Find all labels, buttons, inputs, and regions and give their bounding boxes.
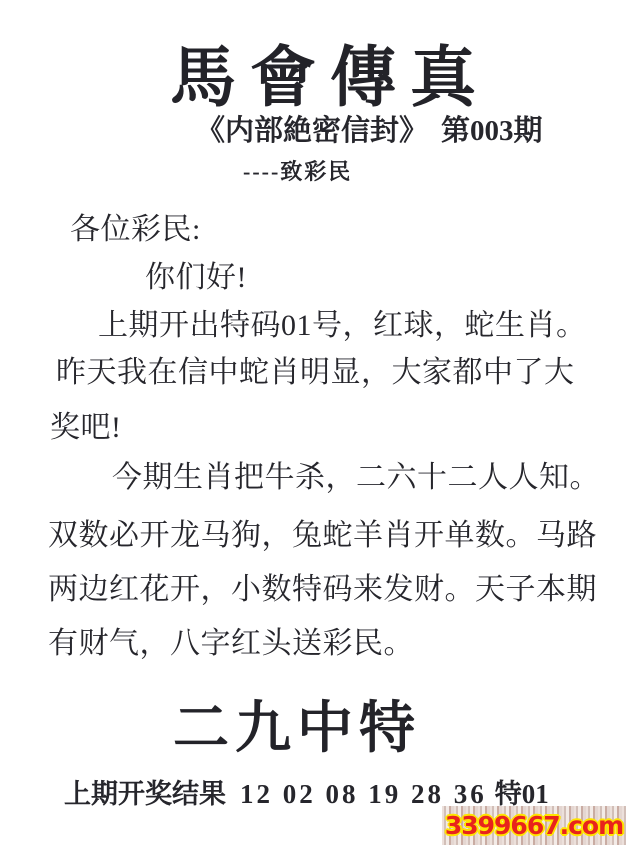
issue-number: 第003期 (441, 108, 543, 149)
subtitle: 《内部絶密信封》第003期 (196, 108, 543, 149)
last-draw-label: 上期开奖结果 (64, 779, 226, 809)
envelope-label: 《内部絶密信封》 (196, 115, 428, 147)
letter-line: 两边红花开，小数特码来发财。天子本期 (48, 564, 597, 608)
page-title: 馬會傳真 (170, 24, 490, 119)
letter-line: 有财气，八字红头送彩民。 (48, 618, 414, 662)
fax-letter-page: 馬會傳真 《内部絶密信封》第003期 ----致彩民 各位彩民: 你们好! 上期… (0, 0, 626, 845)
letter-line-salutation: 各位彩民: (70, 204, 201, 248)
letter-line: 昨天我在信中蛇肖明显，大家都中了大 (56, 347, 575, 391)
letter-line: 今期生肖把牛杀，二六十二人人知。 (112, 452, 600, 496)
dedication-line: ----致彩民 (243, 155, 352, 186)
watermark-site-text: 3399667.com (445, 811, 623, 840)
prediction-headline: 二九中特 (173, 684, 421, 764)
letter-line: 上期开出特码01号，红球，蛇生肖。 (98, 300, 587, 344)
letter-line: 奖吧! (50, 402, 122, 446)
letter-line-greeting: 你们好! (145, 252, 247, 296)
letter-line: 双数必开龙马狗，兔蛇羊肖开单数。马路 (48, 510, 597, 554)
watermark-banner: 3399667.com (442, 806, 626, 845)
